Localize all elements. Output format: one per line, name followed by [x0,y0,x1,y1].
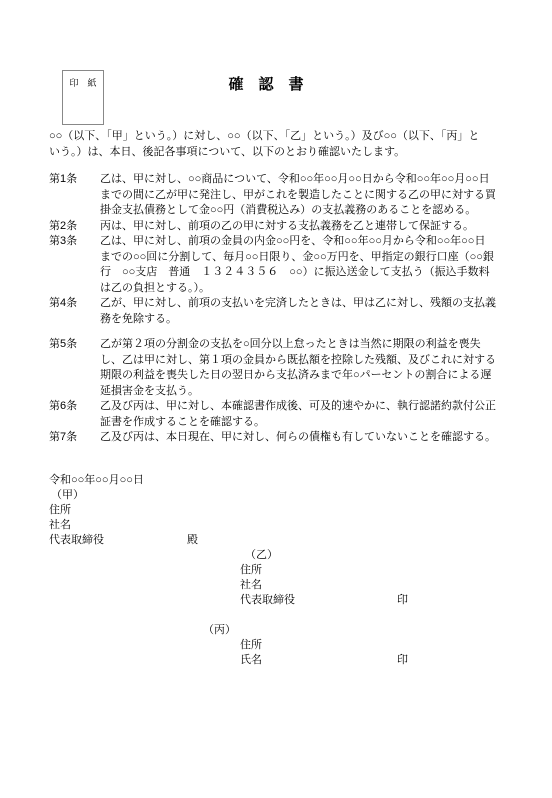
party-kou-row: （甲） [49,488,509,503]
hei-address-row: 住所 [49,638,509,653]
kou-address-row: 住所 [49,503,509,518]
article-number: 第3条 [49,234,100,296]
article-text: 丙は、甲に対し、前項の乙の甲に対する支払義務を乙と連帯して保証する。 [100,219,496,235]
article-text: 乙及び丙は、本日現在、甲に対し、何らの債権も有していないことを確認する。 [100,430,496,446]
article-row-1: 第1条 乙は、甲に対し、○○商品について、令和○○年○○月○○日から令和○○年○… [49,172,496,219]
otsu-address-label: 住所 [240,563,262,578]
kou-company-label: 社名 [49,518,71,533]
article-text: 乙は、甲に対し、前項の金員の内金○○円を、令和○○年○○月から令和○○年○○日ま… [100,234,496,296]
article-text: 乙及び丙は、甲に対し、本確認書作成後、可及的速やかに、執行認諾約款付公正証書を作… [100,399,496,430]
hei-address-label: 住所 [240,638,262,653]
article-row-7: 第7条 乙及び丙は、本日現在、甲に対し、何らの債権も有していないことを確認する。 [49,430,496,446]
hei-name-label: 氏名 [240,653,262,668]
spacer-row [49,608,509,623]
kou-representative-label: 代表取締役 [49,533,104,548]
otsu-address-row: 住所 [49,563,509,578]
article-number: 第2条 [49,219,100,235]
article-row-3: 第3条 乙は、甲に対し、前項の金員の内金○○円を、令和○○年○○月から令和○○年… [49,234,496,296]
honorific-dono: 殿 [187,533,198,548]
article-row-4: 第4条 乙が、甲に対し、前項の支払いを完済したときは、甲は乙に対し、残額の支払義… [49,296,496,327]
article-number: 第6条 [49,399,100,430]
otsu-representative-label: 代表取締役 [240,593,295,608]
document-page: 印 紙 確 認 書 ○○（以下、「甲」という。）に対し、○○（以下、「乙」という… [0,0,552,798]
article-text: 乙が第２項の分割金の支払を○回分以上怠ったときは当然に期限の利益を喪失し、乙は甲… [100,337,496,399]
party-kou-label: （甲） [51,488,84,503]
otsu-representative-row: 代表取締役 印 [49,593,509,608]
party-otsu-label: （乙） [245,548,278,563]
article-number: 第4条 [49,296,100,327]
article-number: 第1条 [49,172,100,219]
otsu-seal-mark: 印 [397,593,408,608]
intro-paragraph: ○○（以下、「甲」という。）に対し、○○（以下、「乙」という。）及び○○（以下、… [49,128,490,160]
articles-section: 第1条 乙は、甲に対し、○○商品について、令和○○年○○月○○日から令和○○年○… [49,172,496,446]
article-number: 第5条 [49,337,100,399]
otsu-company-row: 社名 [49,578,509,593]
kou-representative-row: 代表取締役 殿 [49,533,509,548]
otsu-company-label: 社名 [240,578,262,593]
party-otsu-row: （乙） [49,548,509,563]
kou-address-label: 住所 [49,503,71,518]
hei-name-row: 氏名 印 [49,653,509,668]
article-row-6: 第6条 乙及び丙は、甲に対し、本確認書作成後、可及的速やかに、執行認諾約款付公正… [49,399,496,430]
date-line: 令和○○年○○月○○日 [49,473,144,488]
article-number: 第7条 [49,430,100,446]
hei-seal-mark: 印 [397,653,408,668]
document-title: 確 認 書 [0,76,532,93]
article-row-5: 第5条 乙が第２項の分割金の支払を○回分以上怠ったときは当然に期限の利益を喪失し… [49,337,496,399]
date-row: 令和○○年○○月○○日 [49,473,509,488]
party-hei-label: （丙） [203,623,236,638]
article-text: 乙は、甲に対し、○○商品について、令和○○年○○月○○日から令和○○年○○月○○… [100,172,496,219]
article-text: 乙が、甲に対し、前項の支払いを完済したときは、甲は乙に対し、残額の支払義務を免除… [100,296,496,327]
closing-section: 令和○○年○○月○○日 （甲） 住所 社名 代表取締役 殿 （乙） 住所 社名 … [49,473,509,668]
party-hei-row: （丙） [49,623,509,638]
article-row-2: 第2条 丙は、甲に対し、前項の乙の甲に対する支払義務を乙と連帯して保証する。 [49,219,496,235]
kou-company-row: 社名 [49,518,509,533]
